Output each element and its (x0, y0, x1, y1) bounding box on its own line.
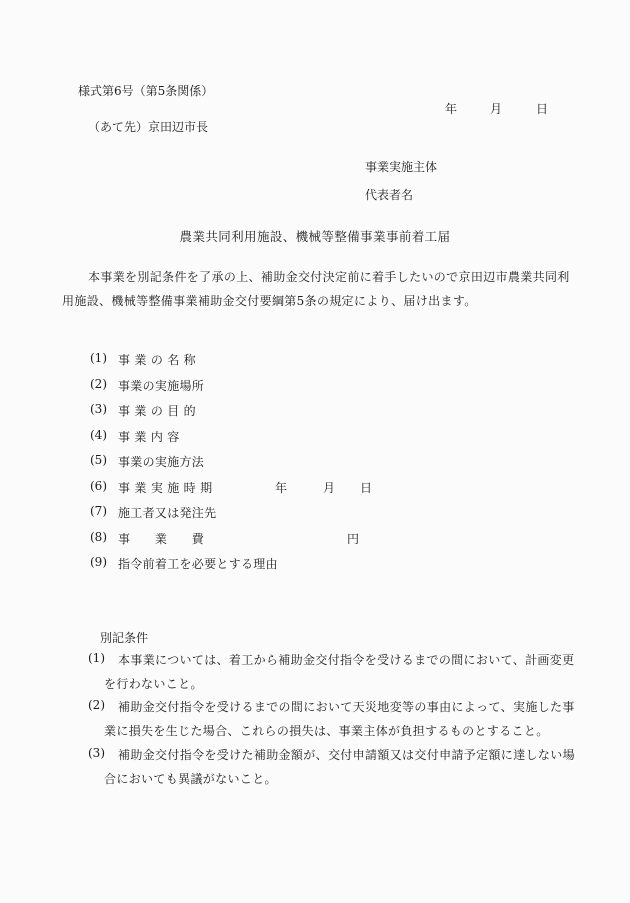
body-paragraph-line: 本事業を別記条件を了承の上、補助金交付決定前に着手したいので京田辺市農業共同利 (88, 268, 570, 285)
item-label: 事 業 の 名 称 (118, 351, 196, 368)
document-page: 様式第6号（第5条関係） 年 月 日 （あて先）京田辺市長 事業実施主体 代表者… (0, 0, 630, 903)
item-number: (1) (90, 351, 107, 365)
appendix-item-1-continued: を行わないこと。 (0, 675, 630, 692)
item-number: (2) (90, 377, 107, 391)
period-month-label: 月 (323, 479, 335, 496)
date-year-label: 年 (445, 100, 457, 117)
form-item-5: (5) 事業の実施方法 (0, 453, 630, 470)
form-number: 様式第6号（第5条関係） (78, 82, 213, 99)
item-number: (3) (90, 402, 107, 416)
item-label: 施工者又は発注先 (118, 504, 216, 521)
item-number: (9) (90, 555, 107, 569)
applicant-representative-label: 代表者名 (365, 186, 413, 203)
appendix-item-number: (2) (88, 698, 105, 712)
addressee: （あて先）京田辺市長 (88, 118, 208, 135)
item-label: 事 業 費 (118, 530, 204, 547)
form-item-3: (3) 事 業 の 目 的 (0, 402, 630, 419)
appendix-item-line: 補助金交付指令を受けるまでの間において天災地変等の事由によって、実施した事 (118, 698, 575, 715)
item-number: (7) (90, 504, 107, 518)
appendix-item-line: 合においても異議がないこと。 (104, 770, 277, 787)
applicant-entity-label: 事業実施主体 (365, 158, 437, 175)
currency-unit-label: 円 (347, 530, 359, 547)
appendix-item-line: 補助金交付指令を受けた補助金額が、交付申請額又は交付申請予定額に達しない場 (118, 746, 575, 763)
period-day-label: 日 (360, 479, 372, 496)
form-item-9: (9) 指令前着工を必要とする理由 (0, 555, 630, 572)
appendix-item-line: 本事業については、着工から補助金交付指令を受けるまでの間において、計画変更 (118, 651, 574, 668)
form-item-4: (4) 事 業 内 容 (0, 428, 630, 445)
period-year-label: 年 (275, 479, 287, 496)
document-title: 農業共同利用施設、機械等整備事業事前着工届 (0, 227, 630, 245)
appendix-item-3: (3) 補助金交付指令を受けた補助金額が、交付申請額又は交付申請予定額に達しない… (0, 746, 630, 763)
appendix-item-3-continued: 合においても異議がないこと。 (0, 770, 630, 787)
appendix-item-line: を行わないこと。 (104, 675, 203, 692)
item-number: (4) (90, 428, 107, 442)
item-number: (8) (90, 530, 107, 544)
item-label: 事 業 の 目 的 (118, 402, 196, 419)
form-item-1: (1) 事 業 の 名 称 (0, 351, 630, 368)
item-label: 指令前着工を必要とする理由 (118, 555, 278, 572)
appendix-item-2-continued: 業に損失を生じた場合、これらの損失は、事業主体が負担するものとすること。 (0, 722, 630, 739)
form-item-8: (8) 事 業 費 円 (0, 530, 630, 547)
appendix-item-number: (3) (88, 746, 105, 760)
appendix-item-1: (1) 本事業については、着工から補助金交付指令を受けるまでの間において、計画変… (0, 651, 630, 668)
appendix-item-number: (1) (88, 651, 105, 665)
form-item-2: (2) 事業の実施場所 (0, 377, 630, 394)
date-day-label: 日 (536, 100, 548, 117)
item-number: (5) (90, 453, 107, 467)
appendix-heading: 別記条件 (100, 629, 148, 646)
item-label: 事業の実施場所 (118, 377, 204, 394)
form-item-7: (7) 施工者又は発注先 (0, 504, 630, 521)
item-label: 事 業 内 容 (118, 428, 180, 445)
item-label: 事業の実施方法 (118, 453, 204, 470)
body-paragraph-line: 用施設、機械等整備事業補助金交付要綱第5条の規定により、届け出ます。 (62, 292, 477, 309)
appendix-item-line: 業に損失を生じた場合、これらの損失は、事業主体が負担するものとすること。 (104, 722, 549, 739)
item-label: 事 業 実 施 時 期 (118, 479, 212, 496)
appendix-item-2: (2) 補助金交付指令を受けるまでの間において天災地変等の事由によって、実施した… (0, 698, 630, 715)
form-item-6: (6) 事 業 実 施 時 期 年 月 日 (0, 479, 630, 496)
item-number: (6) (90, 479, 107, 493)
date-month-label: 月 (490, 100, 502, 117)
